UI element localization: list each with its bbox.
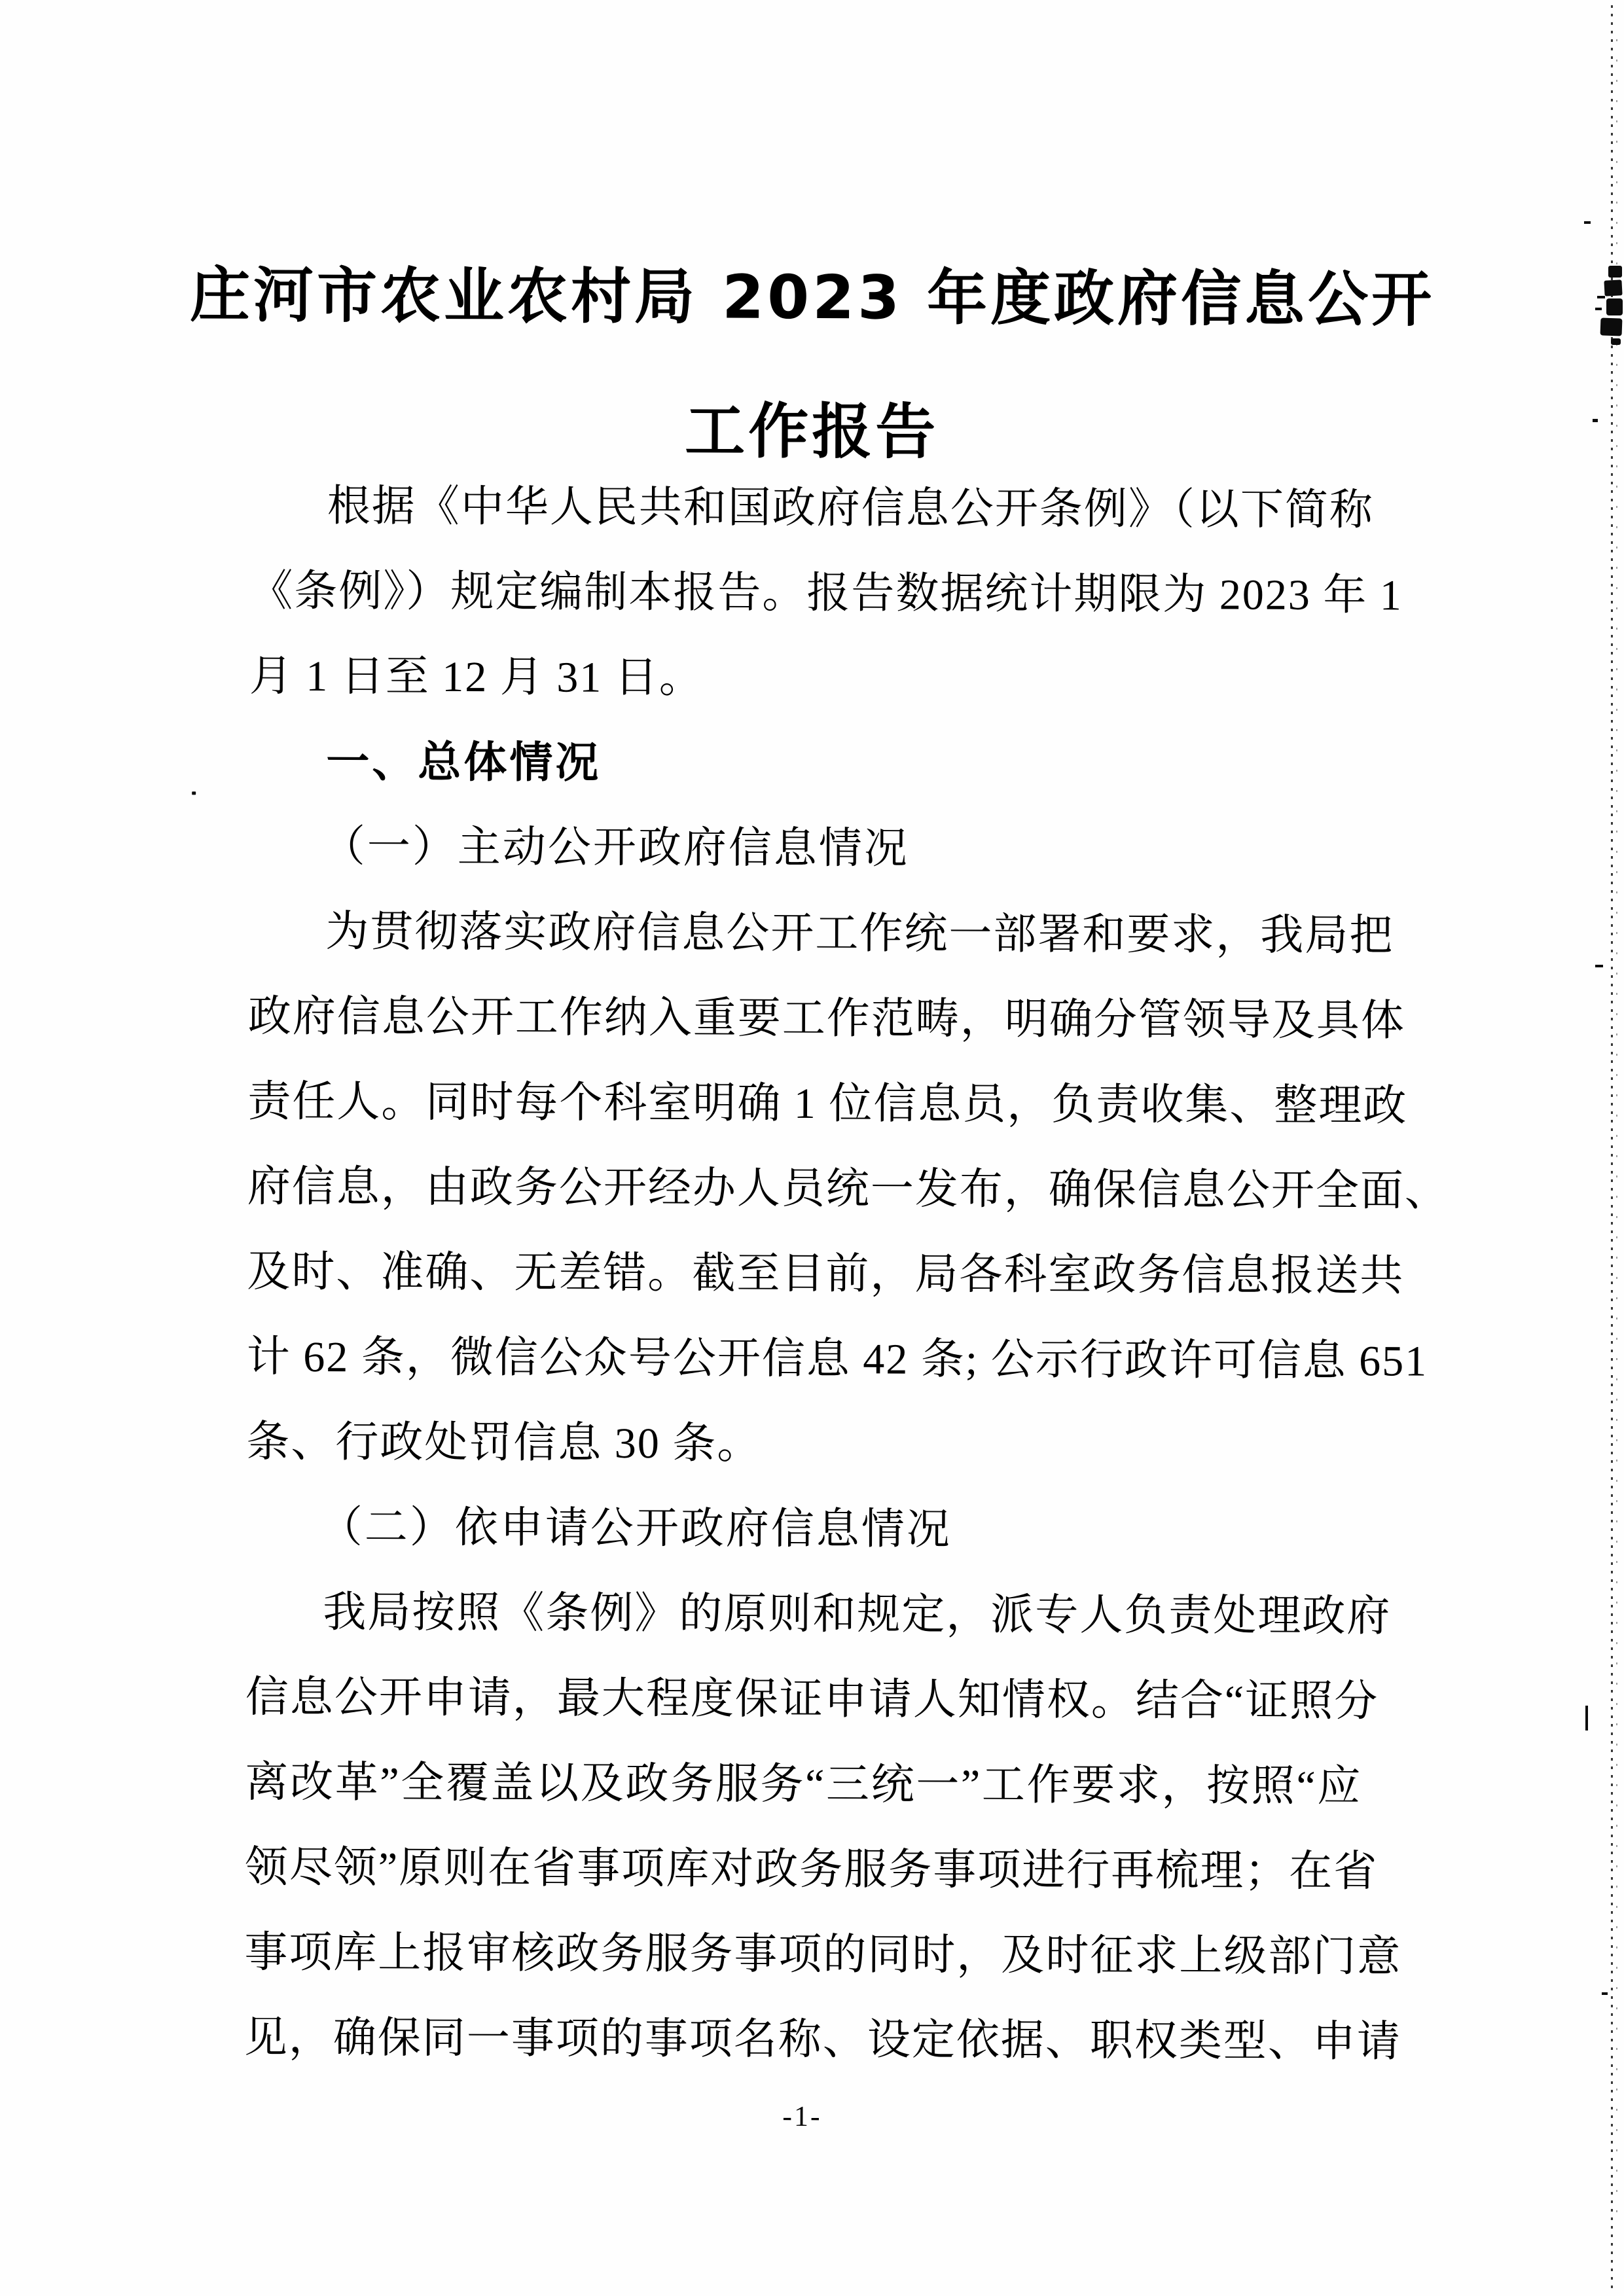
scan-edge-dotted-line [1611,5,1613,2292]
text-line: 领尽领”原则在省事项库对政务服务事项进行再梳理；在省 [245,1825,1362,1915]
scan-noise-blob [1606,298,1623,315]
scan-noise-dash [1595,308,1602,310]
heading-line: 一、总体情况 [249,719,1365,809]
text-line: 《条例》）规定编制本报告。报告数据统计期限为 2023 年 1 [249,549,1366,639]
page-number: -1- [244,2098,1360,2136]
text-line: 事项库上报审核政务服务事项的同时，及时征求上级部门意 [244,1910,1361,2000]
scan-noise-blob [1611,338,1621,345]
document-title-line1: 庄河市农业农村局 2023 年度政府信息公开 [125,228,1500,367]
heading-line: （一）主动公开政府信息情况 [249,804,1365,894]
text-line: 月 1 日至 12 月 31 日。 [249,634,1366,724]
document-content: 庄河市农业农村局 2023 年度政府信息公开 工作报告 根据《中华人民共和国政府… [0,0,1624,2296]
text-line: 及时、准确、无差错。截至目前，局各科室政务信息报送共 [247,1230,1363,1319]
scan-noise-dot [1593,419,1598,422]
text-line: 计 62 条，微信公众号公开信息 42 条; 公示行政许可信息 651 [247,1315,1363,1405]
scan-noise-dash [1584,221,1591,224]
text-line: 离改革”全覆盖以及政务服务“三统一”工作要求，按照“应 [245,1740,1362,1830]
scan-noise-dash [1602,1992,1608,1995]
scan-noise-blob [1604,279,1622,296]
scan-noise-blob [1600,317,1623,336]
scan-noise-dash [1597,296,1605,298]
text-line: 府信息，由政务公开经办人员统一发布，确保信息公开全面、 [247,1145,1364,1234]
text-line: 信息公开申请，最大程度保证申请人知情权。结合“证照分 [245,1655,1362,1745]
scan-noise-blob [1608,266,1622,278]
document-title: 庄河市农业农村局 2023 年度政府信息公开 工作报告 [124,228,1500,501]
scanned-document-page: 庄河市农业农村局 2023 年度政府信息公开 工作报告 根据《中华人民共和国政府… [0,0,1624,2296]
heading-line: （二）依申请公开政府信息情况 [246,1485,1363,1575]
text-line: 我局按照《条例》的原则和规定，派专人负责处理政府 [245,1570,1362,1660]
ink-speck [192,791,196,795]
scan-noise-dash [1595,965,1603,967]
text-line: 见，确保同一事项的事项名称、设定依据、职权类型、申请 [244,1996,1361,2085]
text-line: 责任人。同时每个科室明确 1 位信息员，负责收集、整理政 [247,1060,1364,1149]
text-line: 政府信息公开工作纳入重要工作范畴，明确分管领导及具体 [248,975,1365,1064]
body-lines: 根据《中华人民共和国政府信息公开条例》（以下简称《条例》）规定编制本报告。报告数… [244,464,1367,2085]
text-line: 条、行政处罚信息 30 条。 [246,1400,1363,1490]
scan-noise-bar [1585,1706,1588,1731]
scan-edge-dotted-line-faint [1616,39,1617,2212]
text-line: 根据《中华人民共和国政府信息公开条例》（以下简称 [250,464,1367,554]
text-line: 为贯彻落实政府信息公开工作统一部署和要求，我局把 [248,889,1365,979]
